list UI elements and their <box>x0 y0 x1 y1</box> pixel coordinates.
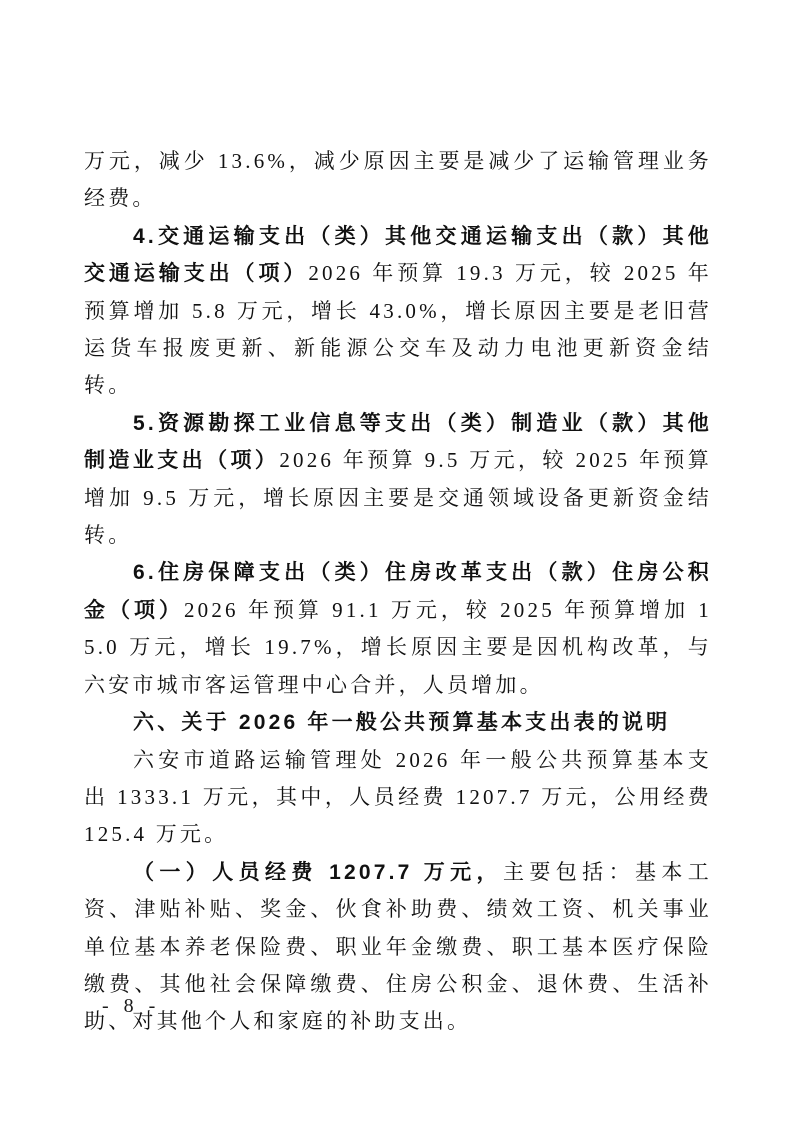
run-in-heading: （一）人员经费 1207.7 万元， <box>133 861 503 884</box>
text-segment: 主要包括：基本工资、津贴补贴、奖金、伙食补助费、绩效工资、机关事业单位基本养老保… <box>84 860 712 1034</box>
paragraph-expenditure-6-housing: 6.住房保障支出（类）住房改革支出（款）住房公积金（项）2026 年预算 91.… <box>84 554 712 704</box>
document-body: 万元，减少 13.6%，减少原因主要是减少了运输管理业务经费。 4.交通运输支出… <box>84 143 712 1041</box>
text-segment: 万元，减少 13.6%，减少原因主要是减少了运输管理业务经费。 <box>84 149 712 210</box>
page-number: - 8 - <box>102 995 160 1018</box>
paragraph-personnel-expenses: （一）人员经费 1207.7 万元，主要包括：基本工资、津贴补贴、奖金、伙食补助… <box>84 854 712 1041</box>
paragraph-expenditure-3-continuation: 万元，减少 13.6%，减少原因主要是减少了运输管理业务经费。 <box>84 143 712 218</box>
paragraph-expenditure-5-manufacturing: 5.资源勘探工业信息等支出（类）制造业（款）其他制造业支出（项）2026 年预算… <box>84 405 712 555</box>
paragraph-expenditure-4-transport: 4.交通运输支出（类）其他交通运输支出（款）其他交通运输支出（项）2026 年预… <box>84 218 712 405</box>
section-heading-text: 六、关于 2026 年一般公共预算基本支出表的说明 <box>133 711 670 734</box>
section-heading-6: 六、关于 2026 年一般公共预算基本支出表的说明 <box>84 704 712 741</box>
document-page: { "document": { "paragraphs": [ { "segme… <box>0 0 793 1122</box>
paragraph-basic-expenditure-summary: 六安市道路运输管理处 2026 年一般公共预算基本支出 1333.1 万元，其中… <box>84 742 712 854</box>
text-segment: 六安市道路运输管理处 2026 年一般公共预算基本支出 1333.1 万元，其中… <box>84 748 712 847</box>
